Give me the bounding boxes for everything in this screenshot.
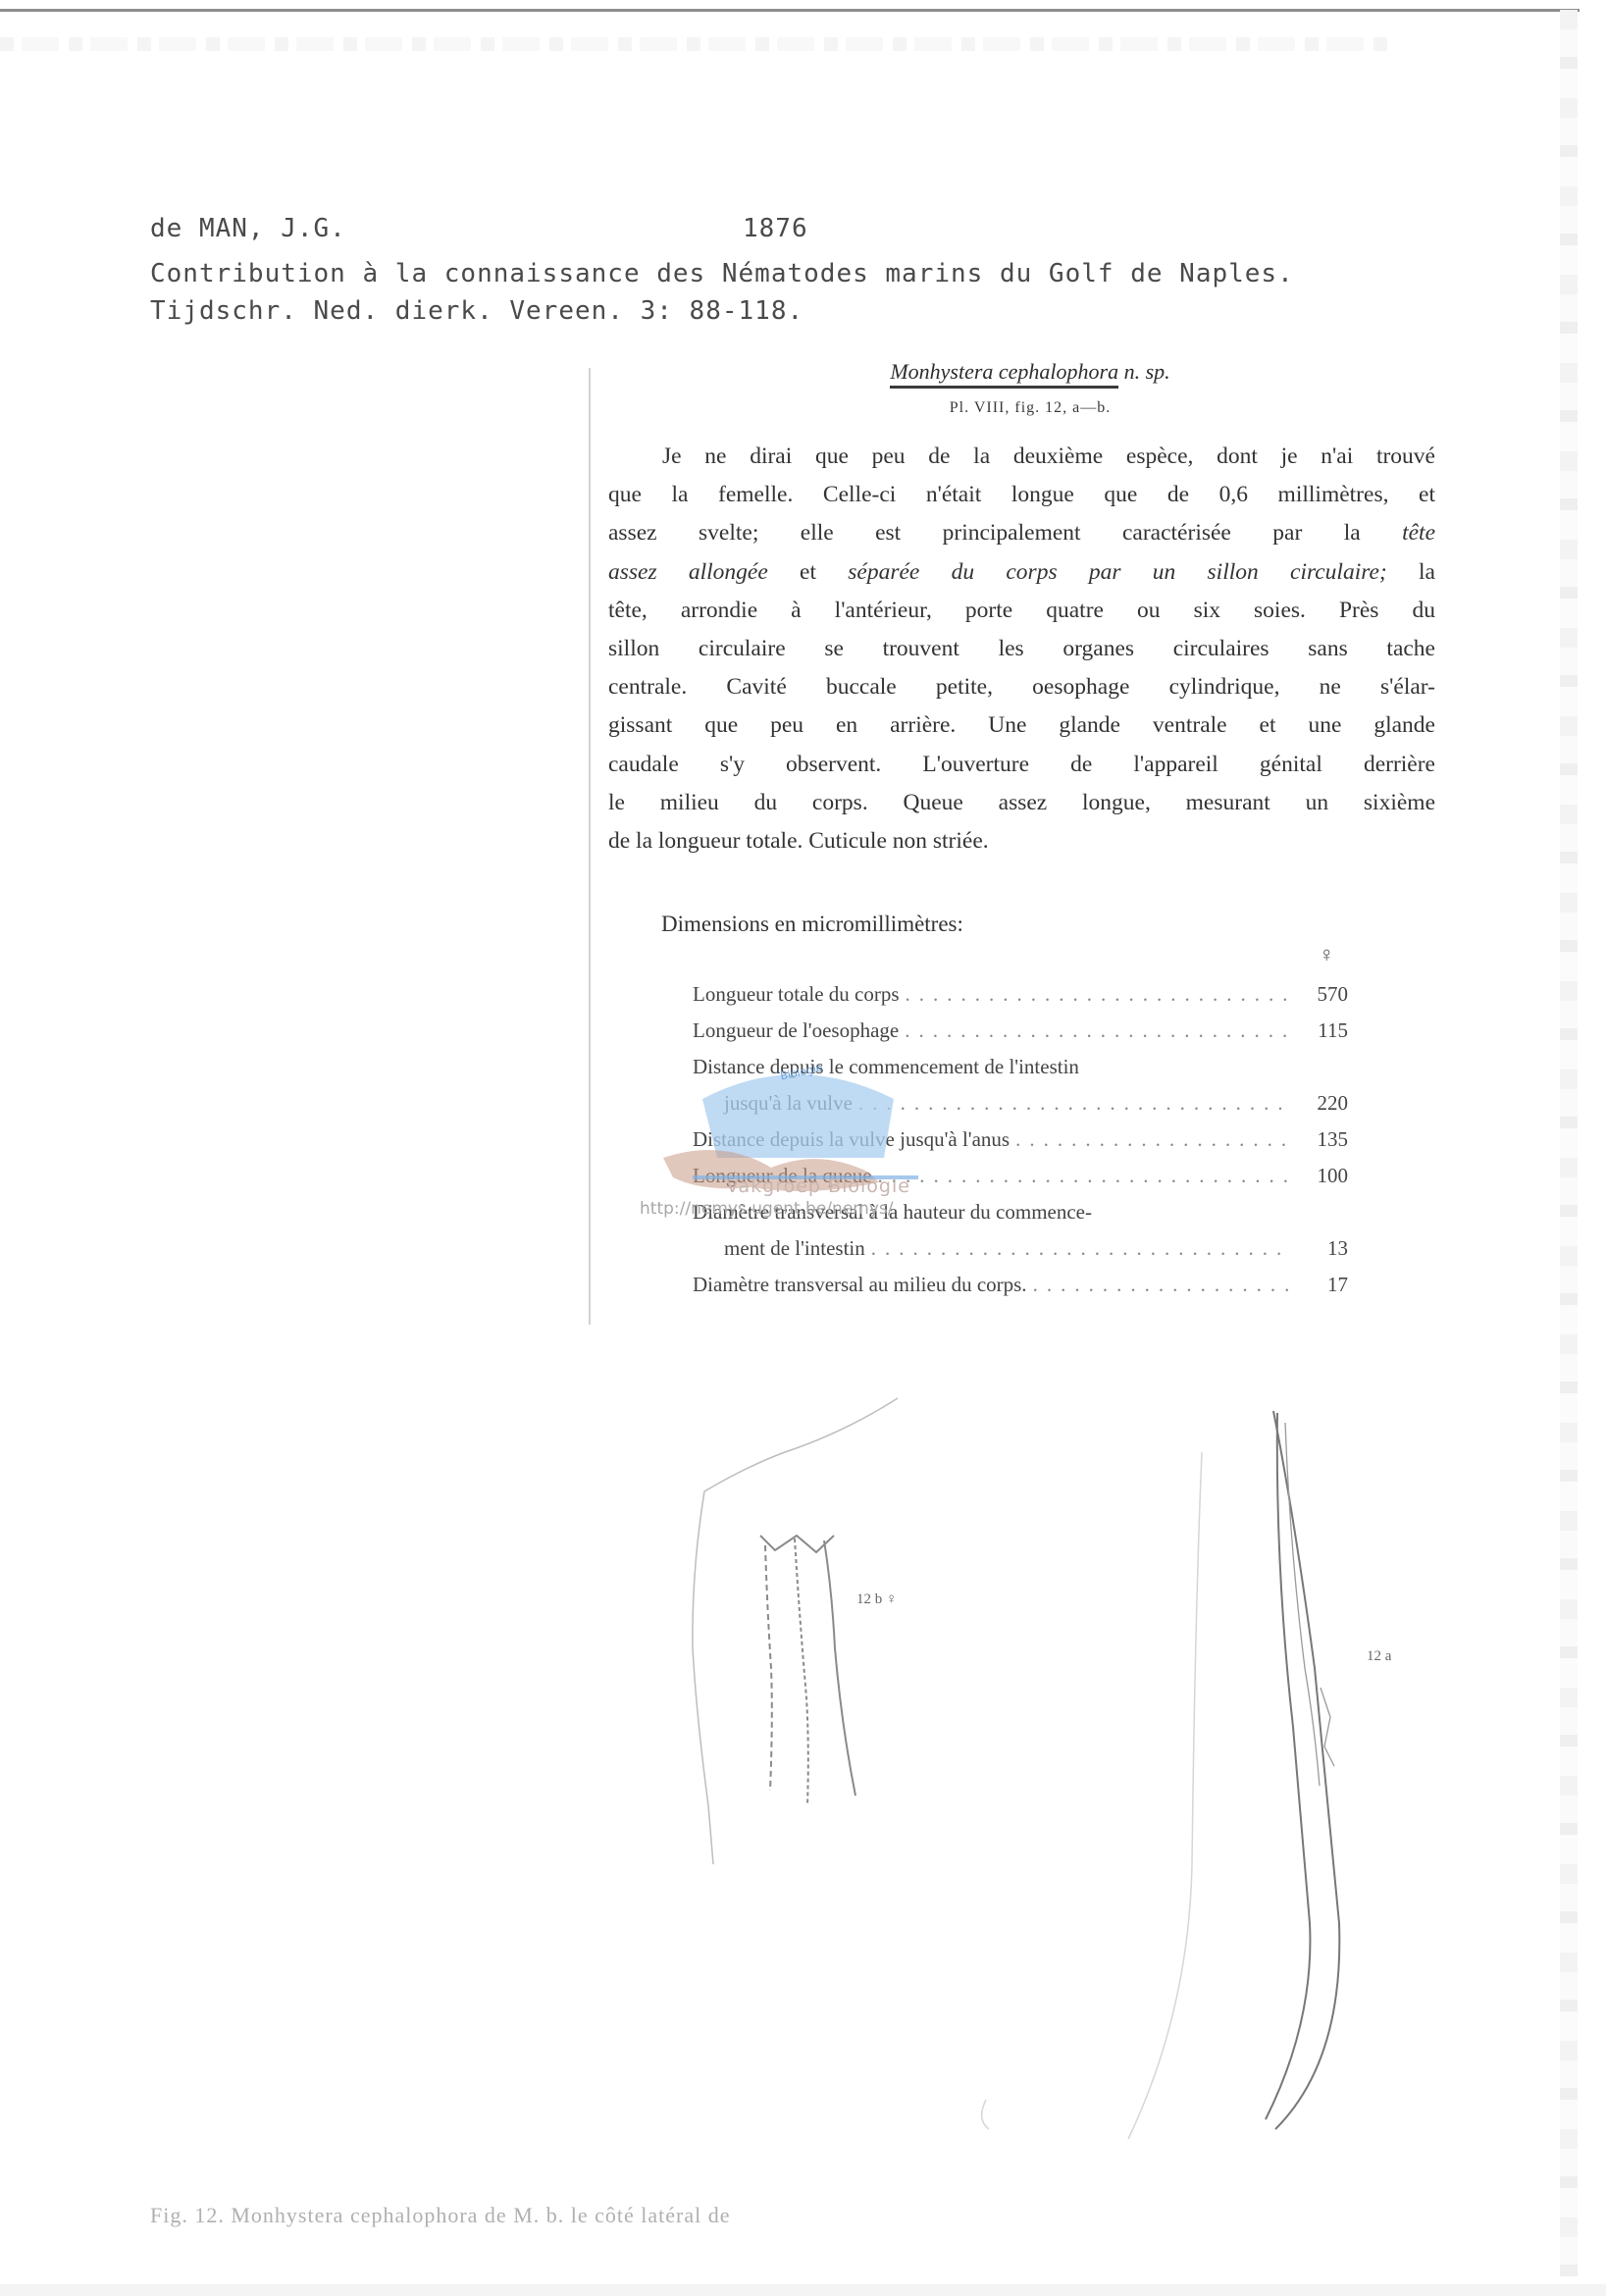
figure-label-12a: 12 a [1367, 1648, 1391, 1665]
nematode-illustration [0, 1374, 1606, 2178]
figure-caption: Fig. 12. Monhystera cephalophora de M. b… [150, 2203, 731, 2228]
dimension-row: Longueur totale du corps................… [693, 976, 1348, 1013]
dimension-label: ment de l'intestin [693, 1230, 865, 1267]
dimension-label: Longueur totale du corps [693, 976, 900, 1013]
dimension-value: 135 [1289, 1122, 1348, 1158]
description-line: sillon circulaire se trouvent les organe… [608, 630, 1435, 668]
dimension-label: Diamètre transversal au milieu du corps. [693, 1267, 1027, 1303]
female-symbol-icon: ♀ [1319, 942, 1335, 967]
dimension-value: 100 [1289, 1158, 1348, 1194]
dimension-row: ment de l'intestin......................… [693, 1230, 1348, 1267]
reference-year: 1876 [743, 214, 808, 243]
dimension-value: 570 [1289, 976, 1348, 1013]
leader-dots: ........................................… [872, 1158, 1289, 1194]
dimensions-heading: Dimensions en micromillimètres: [661, 912, 963, 937]
description-line: de la longueur totale. Cuticule non stri… [608, 822, 1435, 861]
watermark-group: Vakgroep Biologie [726, 1175, 910, 1197]
scan-bottom-edge [0, 2284, 1606, 2296]
description-line: le milieu du corps. Queue assez longue, … [608, 784, 1435, 822]
watermark-url: http://nemys.ugent.be/nemys/ [640, 1199, 893, 1219]
dimension-value [1289, 1194, 1348, 1230]
dimension-value: 220 [1289, 1085, 1348, 1122]
description-line: Je ne dirai que peu de la deuxième espèc… [608, 438, 1435, 476]
scan-bleed-through [0, 37, 1393, 51]
leader-dots: ........................................… [853, 1085, 1289, 1122]
dimension-label: jusqu'à la vulve [693, 1085, 853, 1122]
dimension-row: Diamètre transversal au milieu du corps.… [693, 1267, 1348, 1303]
reference-title: Contribution à la connaissance des Némat… [150, 259, 1294, 288]
dimension-label: Longueur de l'oesophage [693, 1013, 899, 1049]
dimension-row: Longueur de l'oesophage.................… [693, 1013, 1348, 1049]
dimension-value [1289, 1049, 1348, 1085]
reference-author: de MAN, J.G. [150, 214, 346, 243]
dimension-label: Distance depuis la vulve jusqu'à l'anus [693, 1122, 1010, 1158]
description-line: que la femelle. Celle-ci n'était longue … [608, 476, 1435, 514]
reference-journal: Tijdschr. Ned. dierk. Vereen. 3: 88-118. [150, 296, 803, 326]
description-line: assez svelte; elle est principalement ca… [608, 514, 1435, 552]
dimension-label: Distance depuis le commencement de l'int… [693, 1049, 1079, 1085]
leader-dots: ........................................… [1010, 1122, 1289, 1158]
description-line: centrale. Cavité buccale petite, oesopha… [608, 668, 1435, 706]
column-margin-line [589, 368, 591, 1325]
dimension-value: 115 [1289, 1013, 1348, 1049]
description-line: tête, arrondie à l'antérieur, porte quat… [608, 592, 1435, 630]
plate-reference: Pl. VIII, fig. 12, a—b. [608, 399, 1452, 417]
species-description: Je ne dirai que peu de la deuxième espèc… [608, 438, 1435, 861]
leader-dots: ........................................… [1027, 1267, 1289, 1303]
species-suffix: n. sp. [1118, 359, 1170, 384]
leader-dots: ........................................… [900, 976, 1289, 1013]
leader-dots: ........................................… [865, 1230, 1289, 1267]
figure-label-12b: 12 b ♀ [856, 1592, 897, 1608]
species-heading: Monhystera cephalophora n. sp. [608, 359, 1452, 385]
dimension-value: 13 [1289, 1230, 1348, 1267]
dimension-row: jusqu'à la vulve........................… [693, 1085, 1348, 1122]
dimension-row: Distance depuis la vulve jusqu'à l'anus.… [693, 1122, 1348, 1158]
dimensions-table: Longueur totale du corps................… [693, 976, 1348, 1303]
leader-dots: ........................................… [899, 1013, 1289, 1049]
description-line: gissant que peu en arrière. Une glande v… [608, 706, 1435, 745]
species-name: Monhystera cephalophora [890, 359, 1118, 389]
description-line: caudale s'y observent. L'ouverture de l'… [608, 746, 1435, 784]
description-line: assez allongée et séparée du corps par u… [608, 553, 1435, 592]
dimension-value: 17 [1289, 1267, 1348, 1303]
scan-top-edge [0, 9, 1580, 12]
